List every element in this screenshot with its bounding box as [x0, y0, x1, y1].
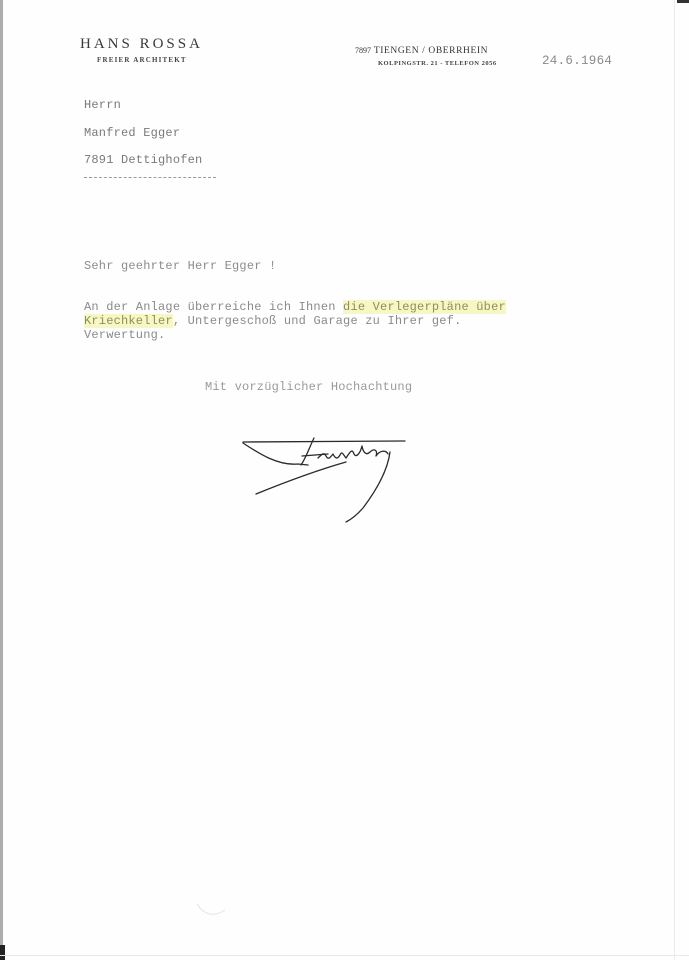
scan-edge-corner [0, 945, 5, 960]
signature-icon [238, 428, 478, 528]
letterhead-city-name: TIENGEN / OBERRHEIN [374, 46, 488, 56]
body-text: , Untergeschoß und Garage zu Ihrer gef. [173, 314, 462, 328]
address-underline [84, 177, 216, 178]
letter-closing: Mit vorzüglicher Hochachtung [205, 380, 412, 394]
highlighted-text: die Verlegerpläne über [343, 300, 506, 314]
body-line-1: An der Anlage überreiche ich Ihnen die V… [84, 300, 506, 314]
scan-edge-corner [677, 0, 689, 3]
letter-page: HANS ROSSA FREIER ARCHITEKT 7897 TIENGEN… [0, 0, 689, 960]
letterhead-city: 7897 TIENGEN / OBERRHEIN [355, 46, 488, 56]
recipient-address: 7891 Dettighofen [84, 153, 202, 167]
scan-edge-right [674, 0, 675, 960]
paper-smudge [195, 900, 235, 920]
body-line-2: Kriechkeller, Untergeschoß und Garage zu… [84, 314, 461, 328]
letterhead-postcode: 7897 [355, 46, 371, 55]
letter-salutation: Sehr geehrter Herr Egger ! [84, 259, 276, 273]
body-line-3: Verwertung. [84, 328, 165, 342]
scan-edge-bottom [0, 955, 689, 956]
scan-edge-left [0, 0, 3, 960]
letterhead-name: HANS ROSSA [80, 36, 203, 53]
letter-date: 24.6.1964 [542, 54, 612, 68]
letterhead-street-phone: KOLPINGSTR. 21 - TELEFON 2056 [378, 60, 497, 67]
letterhead-title: FREIER ARCHITEKT [97, 56, 187, 64]
recipient-salutation: Herrn [84, 98, 121, 112]
recipient-name: Manfred Egger [84, 126, 180, 140]
body-text: An der Anlage überreiche ich Ihnen [84, 300, 343, 314]
highlighted-text: Kriechkeller [84, 314, 173, 328]
